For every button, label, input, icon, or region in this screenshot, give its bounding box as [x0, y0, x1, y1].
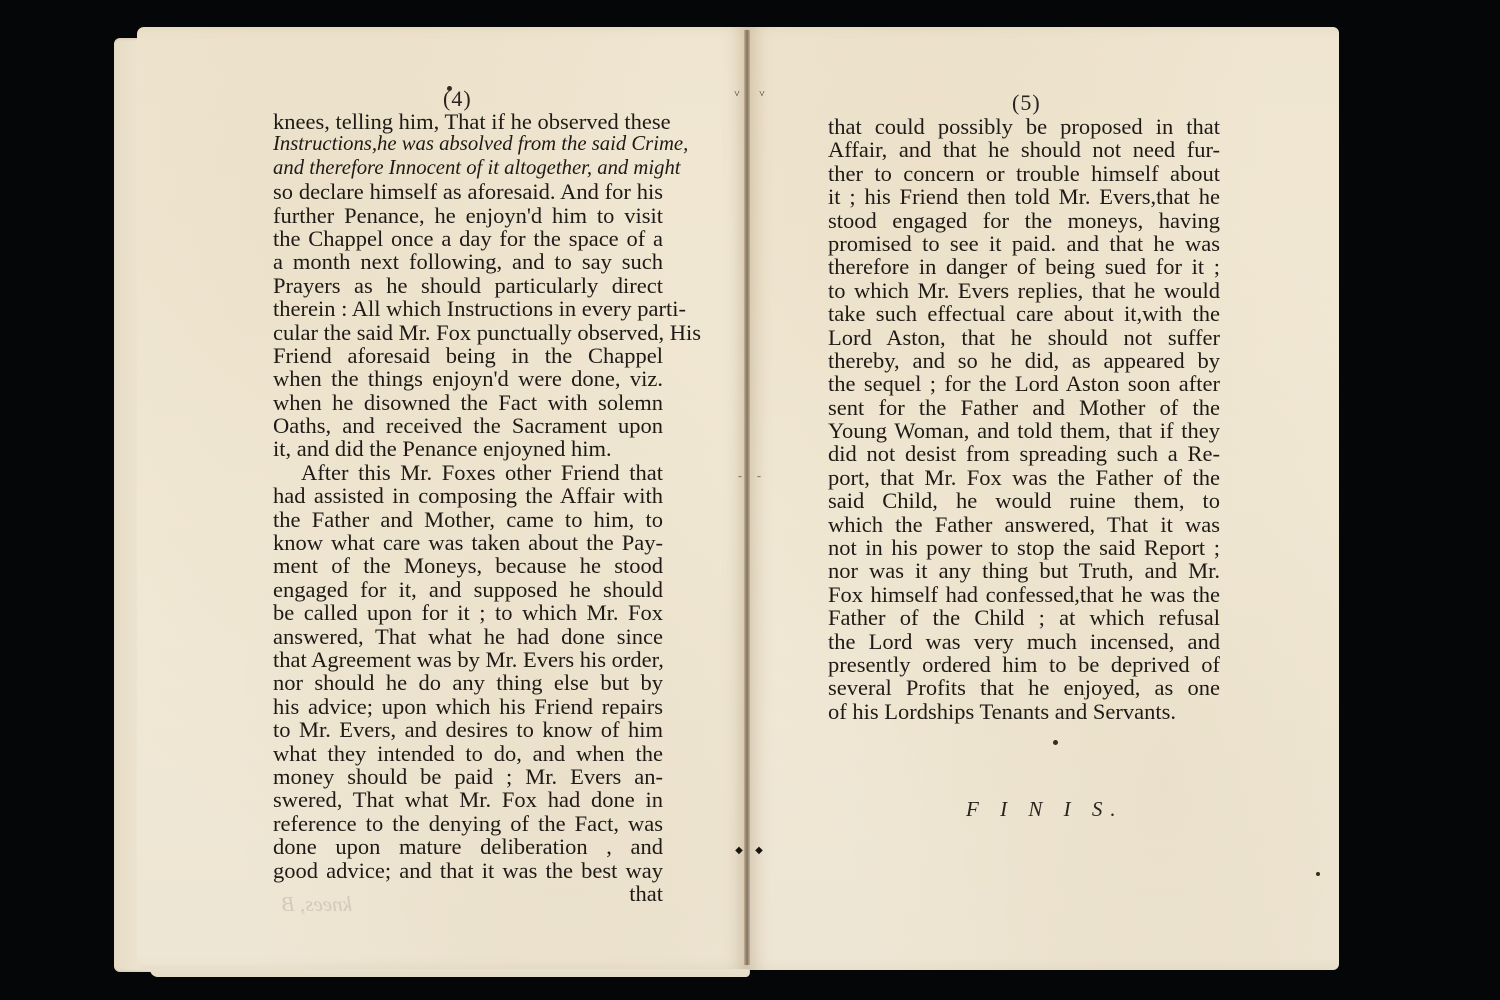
text-line: nor should he do any thing else but by [273, 671, 663, 694]
page-number-right: (5) [1012, 90, 1041, 116]
stitch-mark-icon: ˉ [752, 478, 766, 484]
text-line: Fox himself had confessed,that he was th… [828, 583, 1220, 606]
text-line: of his Lordships Tenants and Servants. [828, 700, 1220, 723]
text-line: Oaths, and received the Sacrament upon [273, 414, 663, 437]
text-line: Prayers as he should particularly direct [273, 274, 663, 297]
text-line: the Father and Mother, came to him, to [273, 508, 663, 531]
text-line: that Agreement was by Mr. Evers his orde… [273, 648, 663, 671]
text-line: sent for the Father and Mother of the [828, 396, 1220, 419]
text-line: Young Woman, and told them, that if they [828, 419, 1220, 442]
stitch-mark-icon: ˅ [730, 92, 744, 98]
text-line: it ; his Friend then told Mr. Evers,that… [828, 185, 1220, 208]
text-line: the Lord was very much incensed, and [828, 630, 1220, 653]
text-line: thereby, and so he did, as appeared by [828, 349, 1220, 372]
paper-speck [1316, 872, 1320, 876]
text-line: Friend aforesaid being in the Chappel [273, 344, 663, 367]
text-line: answered, That what he had done since [273, 625, 663, 648]
text-line: After this Mr. Foxes other Friend that [273, 461, 663, 484]
text-line: said Child, he would ruine them, to [828, 489, 1220, 512]
text-line: therefore in danger of being sued for it… [828, 255, 1220, 278]
text-line: therein : All which Instructions in ever… [273, 297, 663, 320]
text-line: Affair, and that he should not need fur- [828, 138, 1220, 161]
text-line: ther to concern or trouble himself about [828, 162, 1220, 185]
finis-end-mark: F I N I S. [966, 797, 1124, 822]
text-line: further Penance, he enjoyn'd him to visi… [273, 204, 663, 227]
text-line: take such effectual care about it,with t… [828, 302, 1220, 325]
stitch-mark-icon: ◆ [752, 848, 766, 854]
paper-speck [1053, 740, 1058, 745]
text-line: several Profits that he enjoyed, as one [828, 676, 1220, 699]
text-line: what they intended to do, and when the [273, 742, 663, 765]
text-line: to Mr. Evers, and desires to know of him [273, 718, 663, 741]
text-line: good advice; and that it was the best wa… [273, 859, 663, 882]
text-line: it, and did the Penance enjoyned him. [273, 437, 663, 460]
text-line: be called upon for it ; to which Mr. Fox [273, 601, 663, 624]
text-line: the Chappel once a day for the space of … [273, 227, 663, 250]
text-line: promised to see it paid. and that he was [828, 232, 1220, 255]
text-line: presently ordered him to be deprived of [828, 653, 1220, 676]
text-line: cular the said Mr. Fox punctually observ… [273, 321, 663, 344]
text-line: so declare himself as aforesaid. And for… [273, 180, 663, 203]
text-line: which the Father answered, That it was [828, 513, 1220, 536]
text-line: ment of the Moneys, because he stood [273, 554, 663, 577]
text-line: done upon mature deliberation , and [273, 835, 663, 858]
text-line: reference to the denying of the Fact, wa… [273, 812, 663, 835]
text-line: that could possibly be proposed in that [828, 115, 1220, 138]
text-line: swered, That what Mr. Fox had done in [273, 788, 663, 811]
text-line: when he disowned the Fact with solemn [273, 391, 663, 414]
text-line: stood engaged for the moneys, having [828, 209, 1220, 232]
text-line: did not desist from spreading such a Re- [828, 442, 1220, 465]
text-line: a month next following, and to say such [273, 250, 663, 273]
text-line: Father of the Child ; at which refusal [828, 606, 1220, 629]
text-line: Lord Aston, that he should not suffer [828, 326, 1220, 349]
stitch-mark-icon: ˉ [733, 478, 747, 484]
text-line: money should be paid ; Mr. Evers an- [273, 765, 663, 788]
text-line: knees, telling him, That if he observed … [273, 110, 663, 133]
text-line: engaged for it, and supposed he should [273, 578, 663, 601]
stitch-mark-icon: ˅ [755, 92, 769, 98]
text-line: had assisted in composing the Affair wit… [273, 484, 663, 507]
text-line: the sequel ; for the Lord Aston soon aft… [828, 372, 1220, 395]
show-through-text: knees, B [282, 892, 352, 917]
stitch-mark-icon: ◆ [732, 848, 746, 854]
text-line: when the things enjoyn'd were done, viz. [273, 367, 663, 390]
right-page-text: that could possibly be proposed in that … [828, 115, 1220, 723]
left-page-text: knees, telling him, That if he observed … [273, 110, 663, 905]
text-line: port, that Mr. Fox was the Father of the [828, 466, 1220, 489]
text-line: his advice; upon which his Friend repair… [273, 695, 663, 718]
text-line: nor was it any thing but Truth, and Mr. [828, 559, 1220, 582]
text-line: to which Mr. Evers replies, that he woul… [828, 279, 1220, 302]
text-line: and therefore Innocent of it altogether,… [273, 157, 663, 180]
book-gutter [744, 30, 750, 965]
text-line: know what care was taken about the Pay- [273, 531, 663, 554]
text-line: not in his power to stop the said Report… [828, 536, 1220, 559]
text-line: Instructions,he was absolved from the sa… [273, 133, 663, 156]
